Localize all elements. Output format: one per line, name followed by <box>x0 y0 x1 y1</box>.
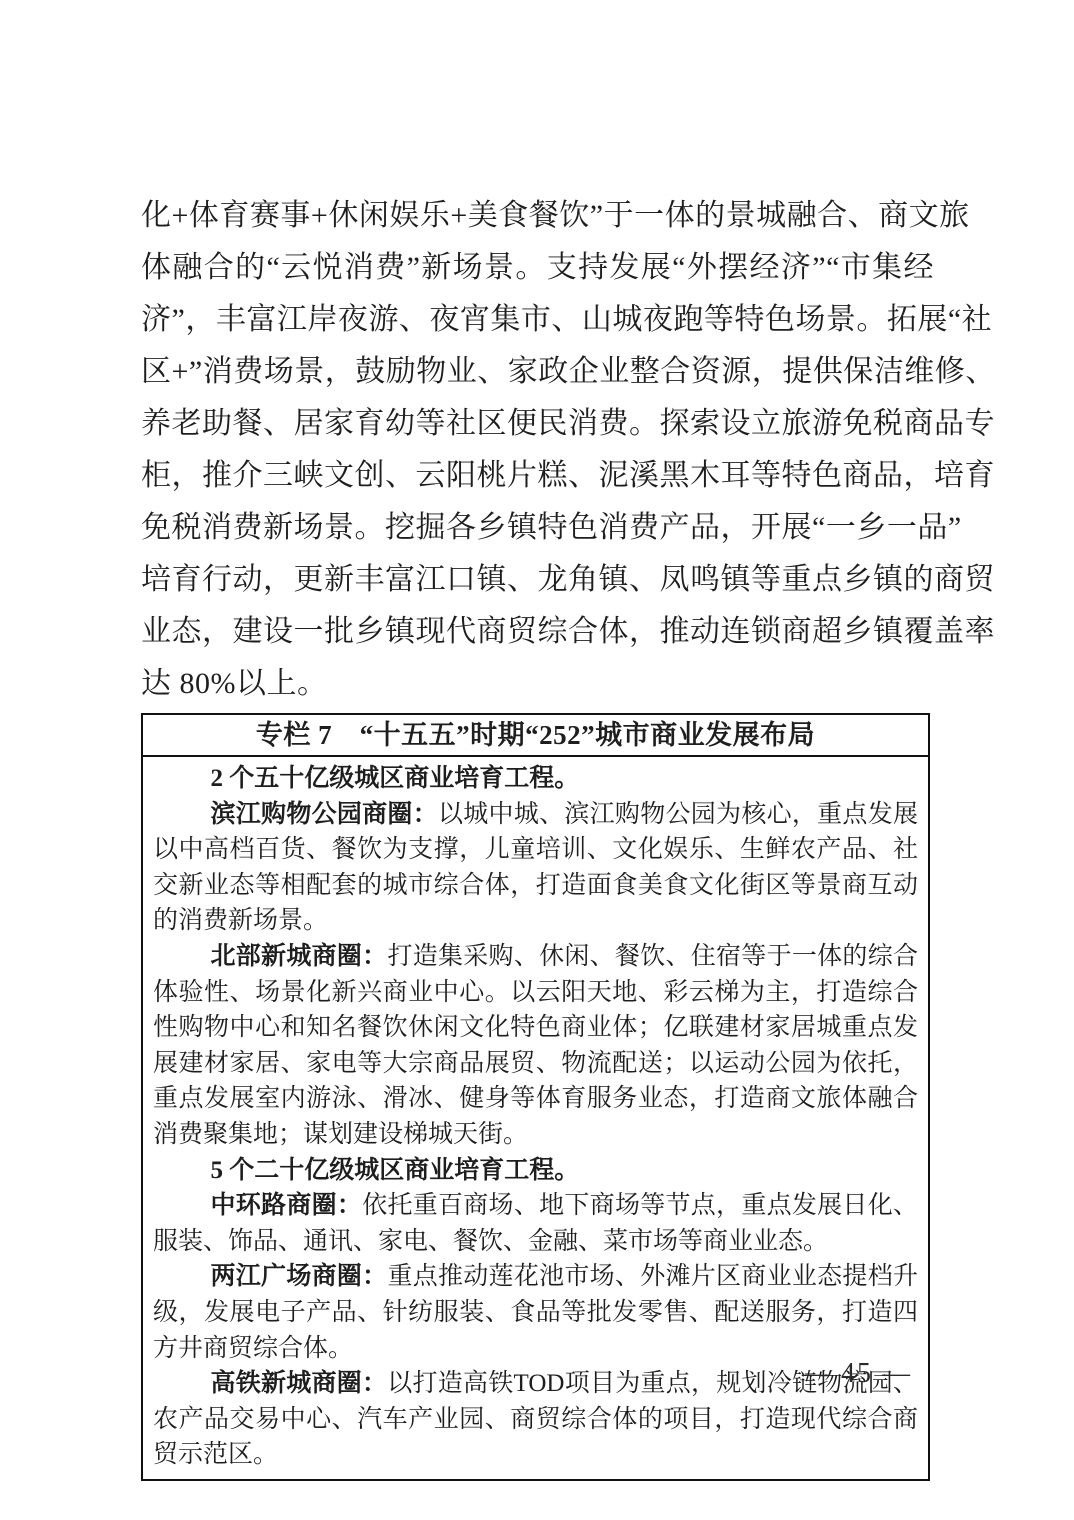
text-line: 化+体育赛事+休闲娱乐+美食餐饮”于一体的景城融合、商文旅 <box>141 190 934 242</box>
text-line: 柜，推介三峡文创、云阳桃片糕、泥溪黑木耳等特色商品，培育 <box>141 450 934 502</box>
page-number: — 45 — <box>802 1358 912 1390</box>
text-line: 免税消费新场景。挖掘各乡镇特色消费产品，开展“一乡一品” <box>141 502 934 554</box>
text-line: 济”，丰富江岸夜游、夜宵集市、山城夜跑等特色场景。拓展“社 <box>141 294 934 346</box>
feature-box-title: 专栏 7 “十五五”时期“252”城市商业发展布局 <box>143 715 928 757</box>
box-heading: 2 个五十亿级城区商业培育工程。 <box>153 761 918 797</box>
document-page: 化+体育赛事+休闲娱乐+美食餐饮”于一体的景城融合、商文旅体融合的“云悦消费”新… <box>0 0 1074 1520</box>
text-line: 体融合的“云悦消费”新场景。支持发展“外摆经济”“市集经 <box>141 242 934 294</box>
entry-label: 高铁新城商圈： <box>211 1370 388 1397</box>
box-heading: 5 个二十亿级城区商业培育工程。 <box>153 1153 918 1189</box>
text-line: 达 80%以上。 <box>141 658 934 710</box>
main-paragraph: 化+体育赛事+休闲娱乐+美食餐饮”于一体的景城融合、商文旅体融合的“云悦消费”新… <box>141 0 934 710</box>
entry-label: 北部新城商圈： <box>211 943 388 970</box>
box-entry: 中环路商圈：依托重百商场、地下商场等节点，重点发展日化、服装、饰品、通讯、家电、… <box>153 1188 918 1259</box>
entry-label: 滨江购物公园商圈： <box>211 801 439 828</box>
page-content: 化+体育赛事+休闲娱乐+美食餐饮”于一体的景城融合、商文旅体融合的“云悦消费”新… <box>141 0 934 1481</box>
box-entry: 滨江购物公园商圈：以城中城、滨江购物公园为核心，重点发展以中高档百货、餐饮为支撑… <box>153 797 918 939</box>
entry-label: 中环路商圈： <box>211 1192 363 1219</box>
entry-label: 两江广场商圈： <box>211 1263 388 1290</box>
text-line: 区+”消费场景，鼓励物业、家政企业整合资源，提供保洁维修、 <box>141 346 934 398</box>
box-entry: 北部新城商圈：打造集采购、休闲、餐饮、住宿等于一体的综合体验性、场景化新兴商业中… <box>153 939 918 1153</box>
box-entry: 两江广场商圈：重点推动莲花池市场、外滩片区商业业态提档升级，发展电子产品、针纺服… <box>153 1259 918 1366</box>
text-line: 业态，建设一批乡镇现代商贸综合体，推动连锁商超乡镇覆盖率 <box>141 606 934 658</box>
text-line: 培育行动，更新丰富江口镇、龙角镇、凤鸣镇等重点乡镇的商贸 <box>141 554 934 606</box>
text-line: 养老助餐、居家育幼等社区便民消费。探索设立旅游免税商品专 <box>141 398 934 450</box>
